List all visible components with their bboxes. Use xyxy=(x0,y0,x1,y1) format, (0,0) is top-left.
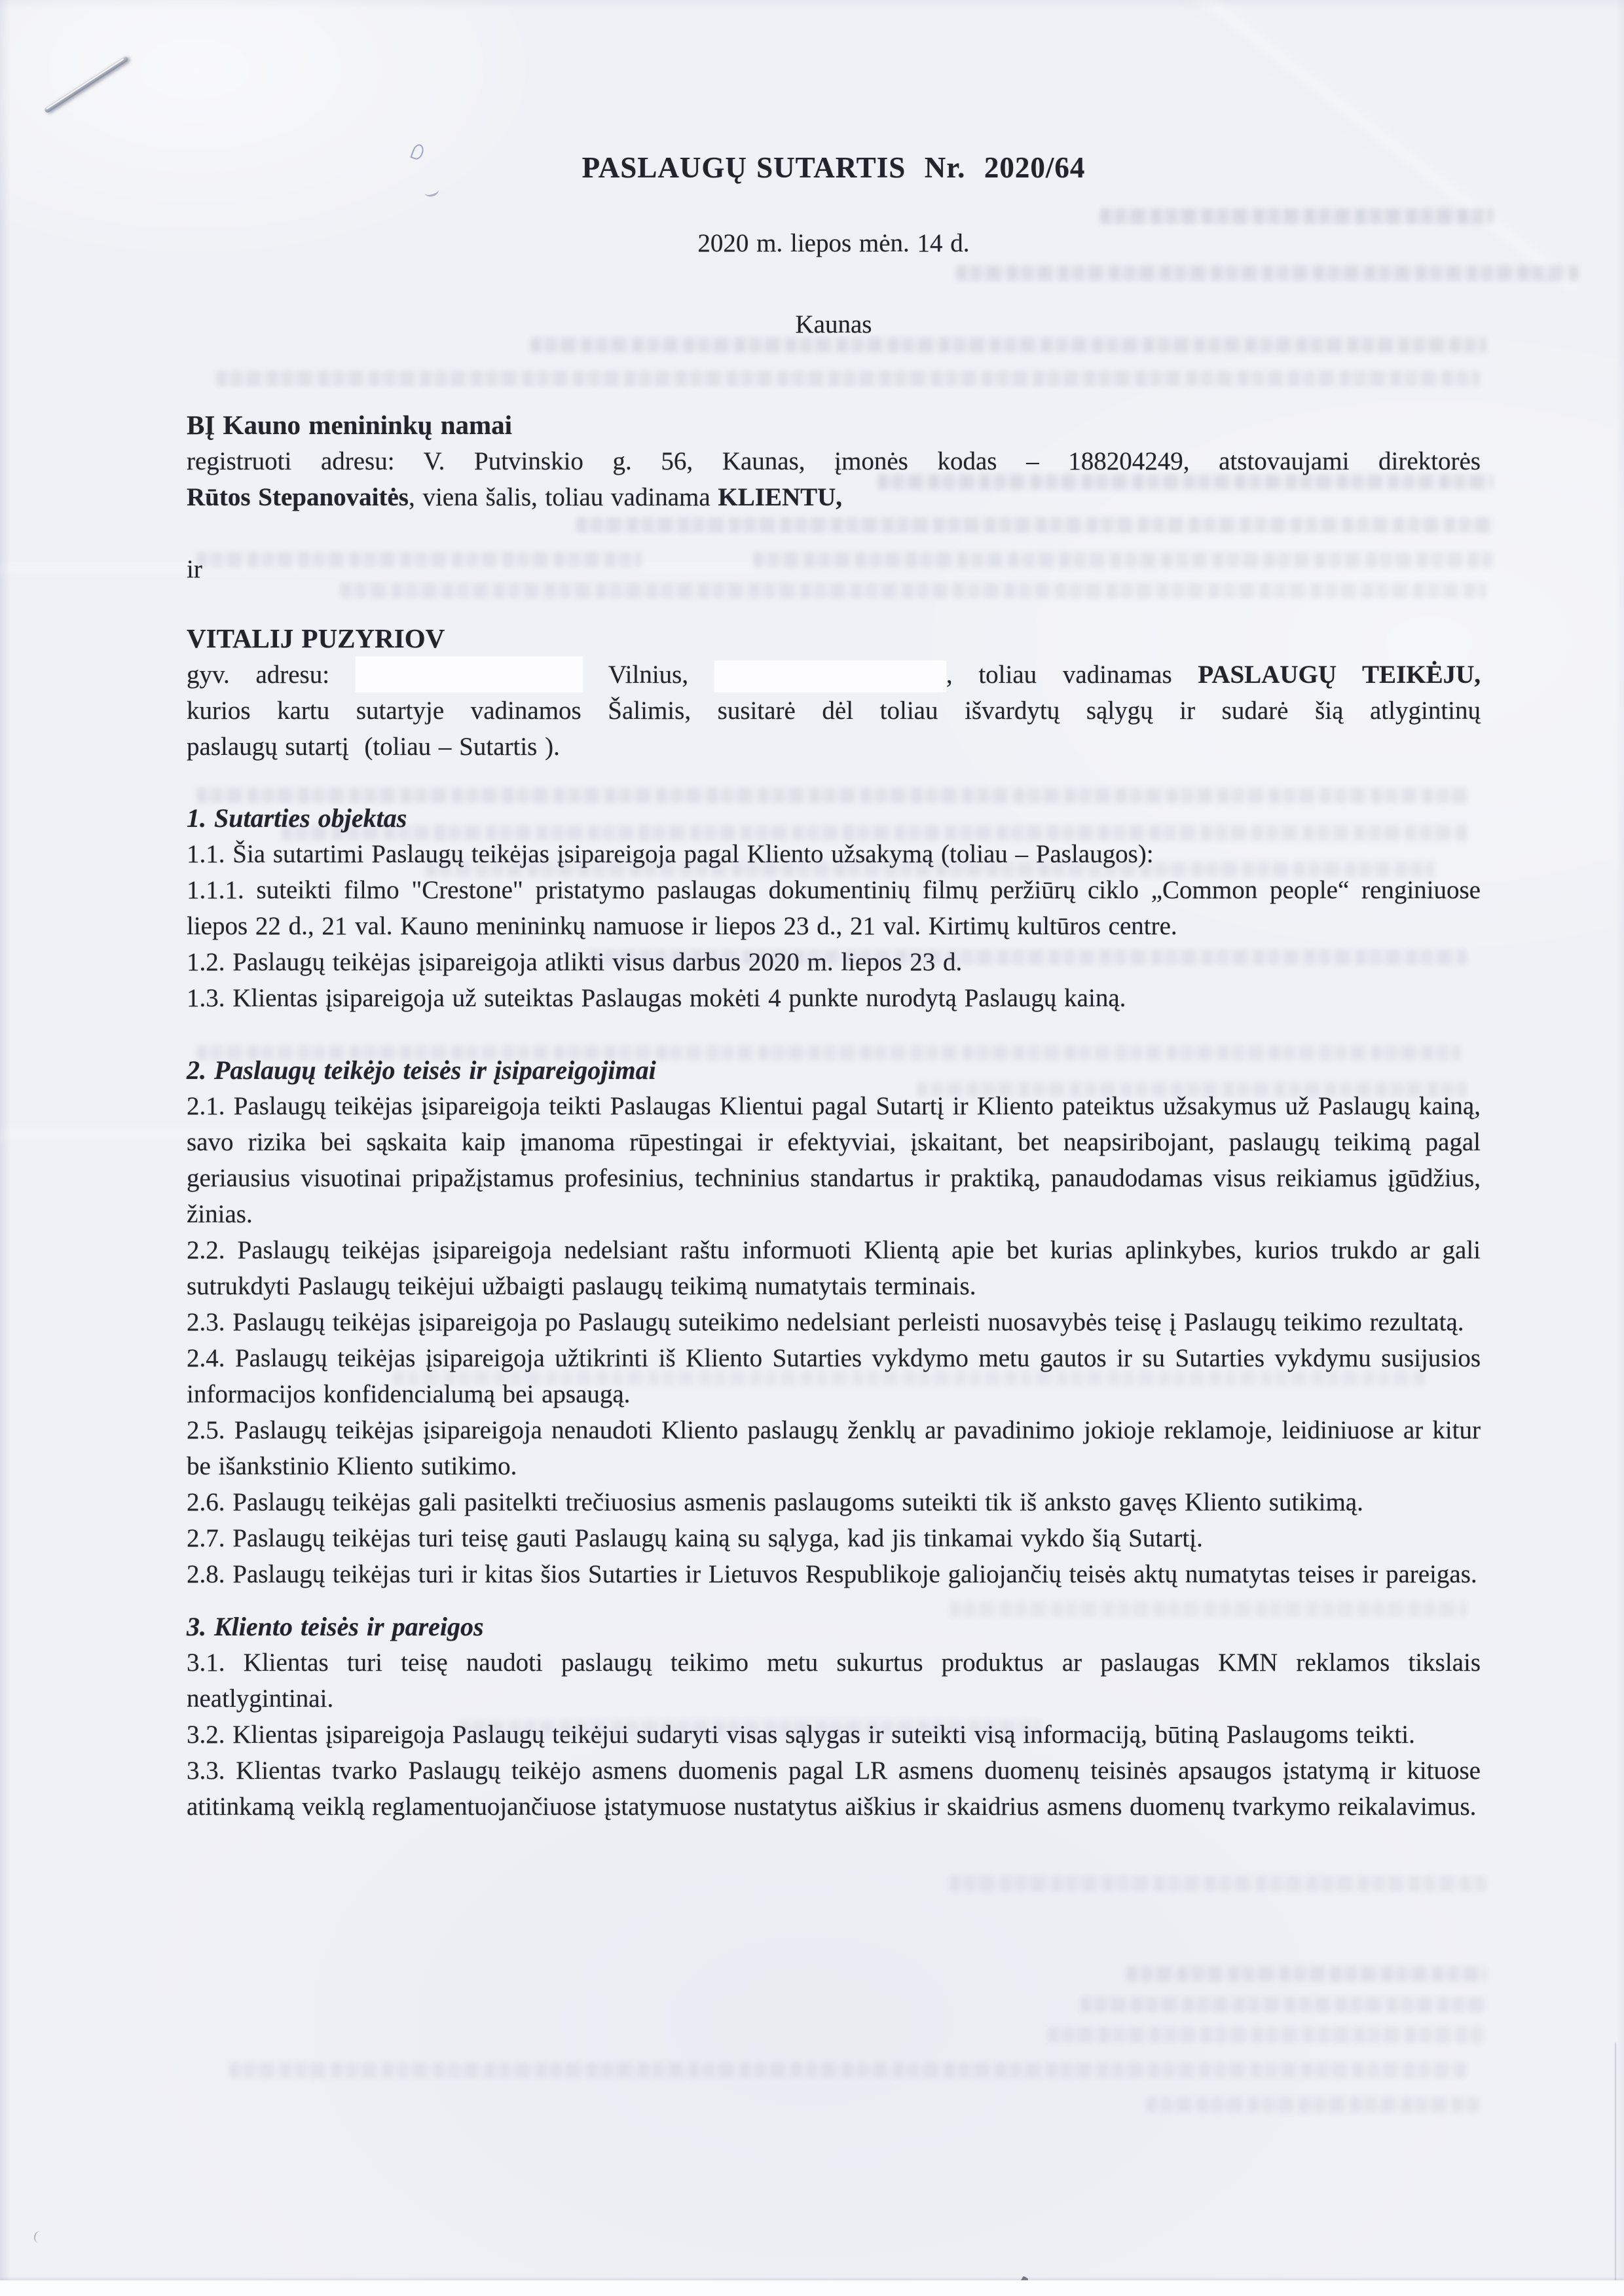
client-director-name: Rūtos Stepanovaitės xyxy=(187,483,409,511)
clause-1-1: 1.1. Šia sutartimi Paslaugų teikėjas įsi… xyxy=(187,836,1481,872)
bleed-through-line xyxy=(950,1876,1486,1891)
document-title: PASLAUGŲ SUTARTIS Nr. 2020/64 xyxy=(187,148,1481,187)
bleed-through-line xyxy=(1126,1966,1486,1982)
intro-line-2: paslaugų sutartį (toliau – Sutartis ). xyxy=(187,729,1481,765)
clause-2-3: 2.3. Paslaugų teikėjas įsipareigoja po P… xyxy=(187,1304,1481,1340)
clause-2-1: 2.1. Paslaugų teikėjas įsipareigoja teik… xyxy=(187,1088,1481,1232)
clause-3-1: 3.1. Klientas turi teisę naudoti paslaug… xyxy=(187,1645,1481,1717)
clause-2-8: 2.8. Paslaugų teikėjas turi ir kitas šio… xyxy=(187,1556,1481,1592)
staple xyxy=(41,52,133,120)
provider-city: Vilnius, xyxy=(608,661,688,689)
section-3-heading: 3. Kliento teisės ir pareigos xyxy=(187,1609,1481,1645)
clause-1-2: 1.2. Paslaugų teikėjas įsipareigoja atli… xyxy=(187,944,1481,980)
provider-address-prefix: gyv. adresu: xyxy=(187,661,329,689)
redaction-box xyxy=(714,661,946,692)
staple-wire xyxy=(43,55,129,113)
clause-2-6: 2.6. Paslaugų teikėjas gali pasitelkti t… xyxy=(187,1484,1481,1520)
document-city: Kaunas xyxy=(187,306,1481,342)
clause-3-2: 3.2. Klientas įsipareigoja Paslaugų teik… xyxy=(187,1717,1481,1753)
section-1-heading: 1. Sutarties objektas xyxy=(187,800,1481,836)
client-alias-mid-text: , viena šalis, toliau vadinama xyxy=(409,483,718,511)
client-alias: KLIENTU, xyxy=(718,483,842,511)
client-name: BĮ Kauno menininkų namai xyxy=(187,407,1481,443)
scan-bottom-edge xyxy=(0,2280,1624,2296)
bleed-through-line xyxy=(1080,1997,1486,2013)
clause-3-3: 3.3. Klientas tvarko Paslaugų teikėjo as… xyxy=(187,1753,1481,1825)
document-content: PASLAUGŲ SUTARTIS Nr. 2020/64 2020 m. li… xyxy=(187,0,1481,1825)
ink-speck xyxy=(33,2231,46,2244)
provider-alias: PASLAUGŲ TEIKĖJU, xyxy=(1198,661,1481,689)
client-alias-line: Rūtos Stepanovaitės, viena šalis, toliau… xyxy=(187,479,1481,515)
scan-edge-line xyxy=(1615,2043,1616,2296)
section-2-heading: 2. Paslaugų teikėjo teisės ir įsipareigo… xyxy=(187,1052,1481,1088)
clause-2-5: 2.5. Paslaugų teikėjas įsipareigoja nena… xyxy=(187,1412,1481,1484)
clause-2-4: 2.4. Paslaugų teikėjas įsipareigoja užti… xyxy=(187,1340,1481,1412)
scanned-contract-page: PASLAUGŲ SUTARTIS Nr. 2020/64 2020 m. li… xyxy=(0,0,1624,2296)
clause-1-3: 1.3. Klientas įsipareigoja už suteiktas … xyxy=(187,980,1481,1016)
document-date: 2020 m. liepos mėn. 14 d. xyxy=(187,225,1481,261)
bleed-through-line xyxy=(1146,2097,1480,2113)
provider-alias-mid-text: , toliau vadinamas xyxy=(946,661,1198,689)
clause-2-7: 2.7. Paslaugų teikėjas turi teisę gauti … xyxy=(187,1520,1481,1556)
bleed-through-line xyxy=(1048,2027,1486,2043)
redaction-box xyxy=(356,657,583,692)
clause-1-1-1: 1.1.1. suteikti filmo "Crestone" pristat… xyxy=(187,872,1481,944)
clause-2-2: 2.2. Paslaugų teikėjas įsipareigoja nede… xyxy=(187,1232,1481,1304)
bleed-through-line xyxy=(229,2062,1467,2078)
intro-line-1: kurios kartu sutartyje vadinamos Šalimis… xyxy=(187,693,1481,729)
provider-address-line: gyv. adresu: Vilnius, , toliau vadinamas… xyxy=(187,657,1481,693)
client-address-line: registruoti adresu: V. Putvinskio g. 56,… xyxy=(187,443,1481,479)
connector-ir: ir xyxy=(187,551,1481,587)
provider-name: VITALIJ PUZYRIOV xyxy=(187,621,1481,657)
